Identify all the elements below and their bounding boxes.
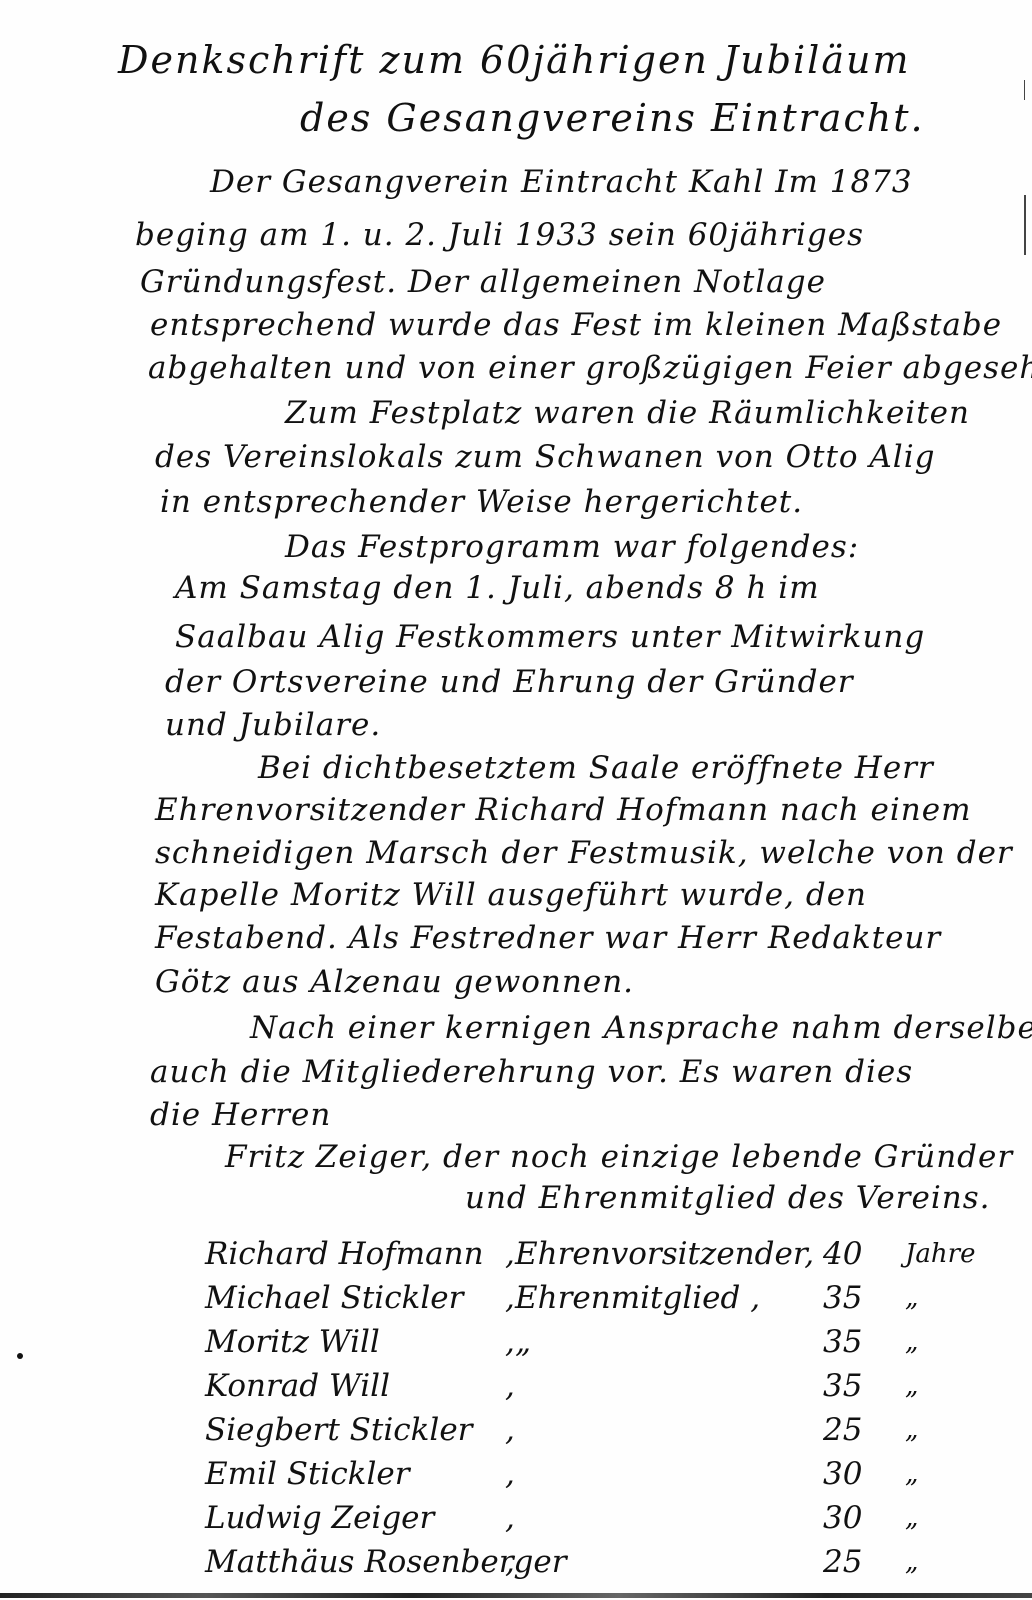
scan-speck <box>17 1353 23 1359</box>
member-row: Michael Stickler , Ehrenmitglied , 35 „ <box>205 1276 985 1320</box>
member-row: Konrad Will , 35 „ <box>205 1364 985 1408</box>
member-name: Ludwig Zeiger <box>205 1496 434 1540</box>
member-name: Richard Hofmann <box>205 1232 484 1276</box>
member-years-unit: „ <box>905 1276 918 1320</box>
member-years-unit: „ <box>905 1540 918 1584</box>
body-line: und Jubilare. <box>165 705 381 745</box>
body-line: Festabend. Als Festredner war Herr Redak… <box>155 918 941 958</box>
body-line: in entsprechender Weise hergerichtet. <box>160 482 803 522</box>
member-years: 30 <box>823 1452 862 1496</box>
member-row: Siegbert Stickler , 25 „ <box>205 1408 985 1452</box>
member-name: Konrad Will <box>205 1364 390 1408</box>
body-line: Am Samstag den 1. Juli, abends 8 h im <box>175 568 820 608</box>
body-line: Der Gesangverein Eintracht Kahl Im 1873 <box>210 162 913 202</box>
separator: , <box>505 1540 515 1584</box>
member-row: Ludwig Zeiger , 30 „ <box>205 1496 985 1540</box>
scan-edge-mark <box>1024 80 1025 100</box>
body-line: auch die Mitgliederehrung vor. Es waren … <box>150 1052 913 1092</box>
body-line: Das Festprogramm war folgendes: <box>285 527 859 567</box>
scan-bottom-edge <box>0 1593 1032 1598</box>
body-line: der Ortsvereine und Ehrung der Gründer <box>165 662 854 702</box>
member-years: 35 <box>823 1320 862 1364</box>
member-years: 25 <box>823 1540 862 1584</box>
member-role: Ehrenmitglied , <box>515 1276 760 1320</box>
member-row: Moritz Will , „ 35 „ <box>205 1320 985 1364</box>
member-role: Ehrenvorsitzender, <box>515 1232 814 1276</box>
separator: , <box>505 1232 515 1276</box>
member-years: 30 <box>823 1496 862 1540</box>
separator: , <box>505 1364 515 1408</box>
body-line: schneidigen Marsch der Festmusik, welche… <box>155 833 1013 873</box>
body-line: beging am 1. u. 2. Juli 1933 sein 60jähr… <box>135 215 864 255</box>
document-title-line-1: Denkschrift zum 60jährigen Jubiläum <box>118 40 911 80</box>
body-line: des Vereinslokals zum Schwanen von Otto … <box>155 437 935 477</box>
separator: , <box>505 1452 515 1496</box>
member-role: „ <box>515 1320 531 1364</box>
body-line: Fritz Zeiger, der noch einzige lebende G… <box>225 1137 1013 1177</box>
handwritten-document-page: Denkschrift zum 60jährigen Jubiläum des … <box>0 0 1032 1600</box>
member-years: 35 <box>823 1276 862 1320</box>
separator: , <box>505 1496 515 1540</box>
body-line: Bei dichtbesetztem Saale eröffnete Herr <box>258 748 934 788</box>
member-name: Michael Stickler <box>205 1276 463 1320</box>
member-name: Emil Stickler <box>205 1452 410 1496</box>
body-line: die Herren <box>150 1095 331 1135</box>
member-row: Matthäus Rosenberger , 25 „ <box>205 1540 985 1584</box>
member-years: 25 <box>823 1408 862 1452</box>
member-row: Emil Stickler , 30 „ <box>205 1452 985 1496</box>
member-years-unit: „ <box>905 1452 918 1496</box>
member-name: Siegbert Stickler <box>205 1408 473 1452</box>
body-line: Saalbau Alig Festkommers unter Mitwirkun… <box>175 617 925 657</box>
body-line: Gründungsfest. Der allgemeinen Notlage <box>140 262 826 302</box>
member-years-unit: Jahre <box>905 1232 975 1276</box>
body-line: Ehrenvorsitzender Richard Hofmann nach e… <box>155 790 972 830</box>
member-name: Moritz Will <box>205 1320 380 1364</box>
body-line: und Ehrenmitglied des Vereins. <box>465 1178 991 1218</box>
body-line: Götz aus Alzenau gewonnen. <box>155 962 634 1002</box>
member-years-unit: „ <box>905 1320 918 1364</box>
body-line: Zum Festplatz waren die Räumlichkeiten <box>285 393 970 433</box>
member-years: 35 <box>823 1364 862 1408</box>
separator: , <box>505 1320 515 1364</box>
body-line: abgehalten und von einer großzügigen Fei… <box>148 348 1032 388</box>
separator: , <box>505 1408 515 1452</box>
member-years: 40 <box>823 1232 862 1276</box>
body-line: Kapelle Moritz Will ausgeführt wurde, de… <box>155 875 867 915</box>
document-title-line-2: des Gesangvereins Eintracht. <box>300 98 925 138</box>
member-years-unit: „ <box>905 1496 918 1540</box>
body-line: Nach einer kernigen Ansprache nahm derse… <box>250 1008 1032 1048</box>
separator: , <box>505 1276 515 1320</box>
body-line: entsprechend wurde das Fest im kleinen M… <box>150 305 1002 345</box>
member-years-unit: „ <box>905 1364 918 1408</box>
scan-edge-mark <box>1024 195 1026 255</box>
member-years-unit: „ <box>905 1408 918 1452</box>
member-row: Richard Hofmann , Ehrenvorsitzender, 40 … <box>205 1232 985 1276</box>
